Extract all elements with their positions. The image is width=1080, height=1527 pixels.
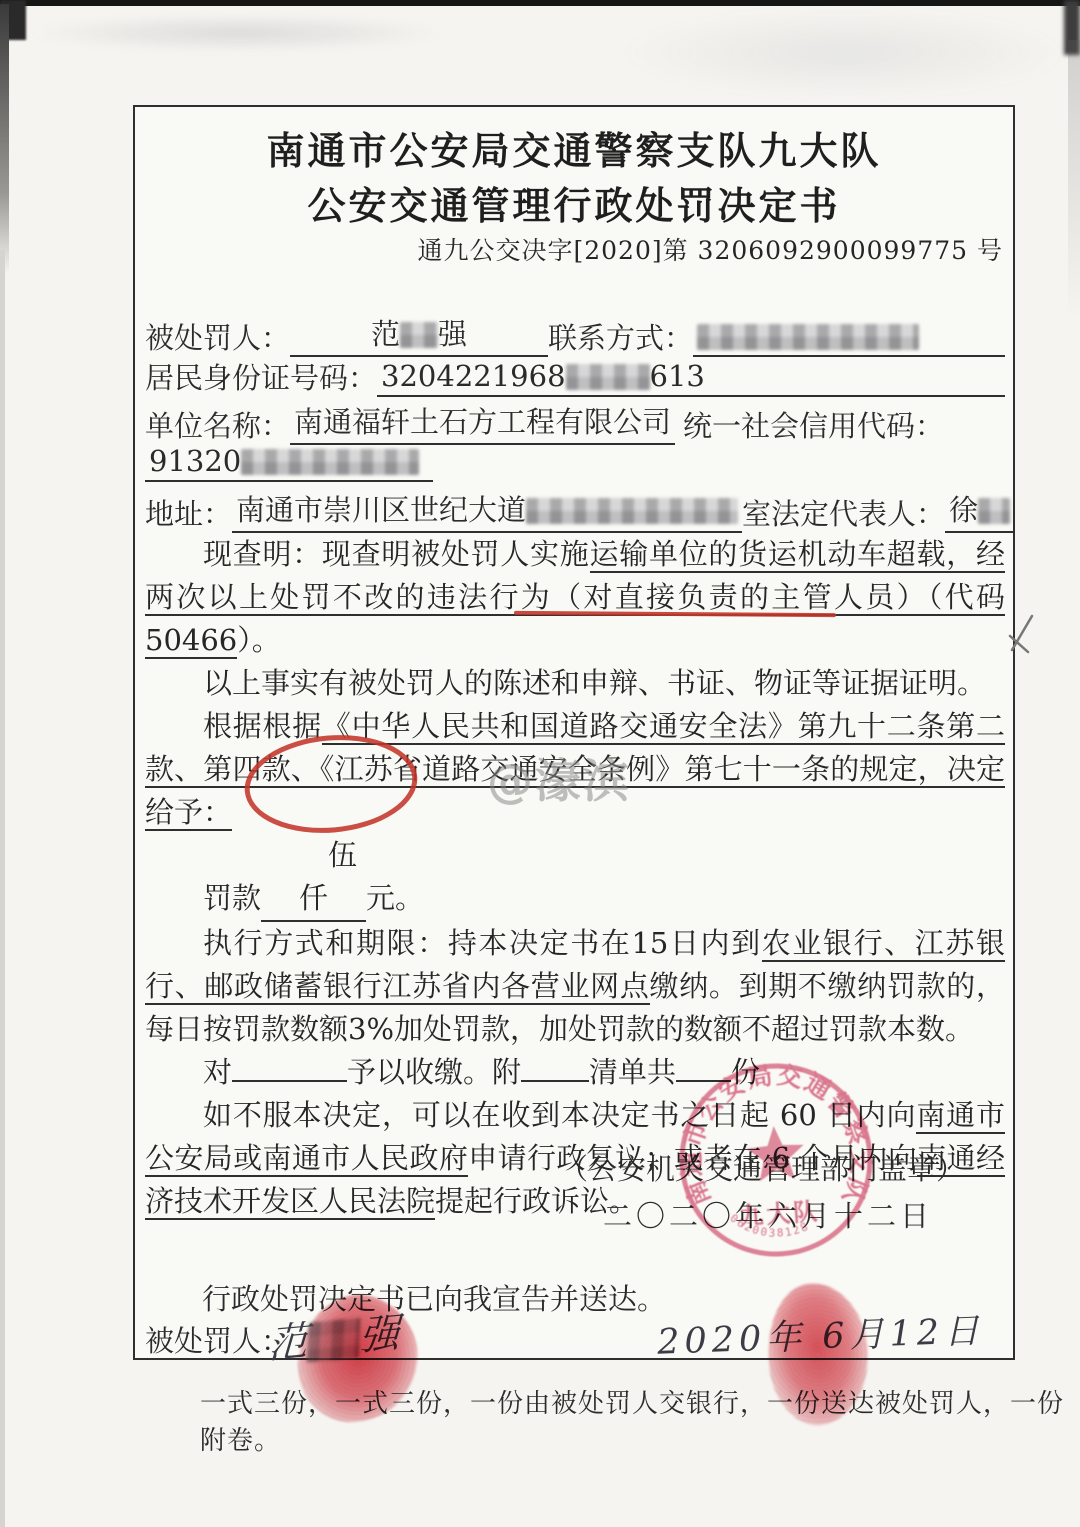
id-number-label: 居民身份证号码：	[145, 356, 377, 397]
confiscation-blank-1	[232, 1080, 347, 1082]
contact-value	[693, 319, 1005, 357]
paragraph-confiscation: 对予以收缴。附清单共份	[145, 1051, 1005, 1094]
scan-smudge	[620, 8, 1070, 98]
facts-lead: 现查明：现查明被处罚人实施	[203, 537, 590, 571]
scanned-penalty-decision-page: 南通市公安局交通警察支队九大队 公安交通管理行政处罚决定书 通九公交决字[202…	[0, 0, 1080, 1527]
confiscation-mid-2: 清单共	[589, 1055, 676, 1089]
address-label: 地址：	[145, 492, 232, 533]
execution-lead: 执行方式和期限：持本决定书在15日内到	[203, 926, 762, 960]
penalty-label: 罚款	[203, 881, 261, 915]
paragraph-execution: 执行方式和期限：持本决定书在15日内到农业银行、江苏银行、邮政储蓄银行江苏省内各…	[145, 922, 1005, 1051]
name-suffix: 强	[438, 317, 467, 351]
document-title: 公安交通管理行政处罚决定书	[135, 175, 1013, 230]
name-prefix: 范	[371, 317, 400, 351]
scan-edge-top	[0, 0, 1080, 6]
id-prefix: 3204221968	[381, 359, 566, 393]
seal-star-icon	[745, 1124, 806, 1182]
address-value: 南通市崇川区世纪大道	[232, 488, 742, 533]
punished-person-value: 范强	[290, 312, 548, 357]
legal-rep-prefix: 徐	[949, 493, 978, 527]
redacted-id-part	[566, 364, 650, 390]
scan-edge-left-dark	[0, 4, 9, 274]
decision-body: 现查明：现查明被处罚人实施运输单位的货运机动车超载，经两次以上处罚不改的违法行为…	[145, 533, 1005, 1223]
confiscation-mid: 予以收缴。附	[347, 1055, 521, 1089]
issuing-authority-title: 南通市公安局交通警察支队九大队	[135, 120, 1013, 175]
credit-code-label: 统一社会信用代码：	[683, 404, 944, 445]
row-company: 单位名称： 南通福轩土石方工程有限公司 统一社会信用代码：	[145, 400, 1005, 445]
row-credit-code: 91320	[145, 444, 1005, 482]
row-id-number: 居民身份证号码： 3204221968613	[145, 356, 1005, 397]
redacted-legal-rep	[978, 498, 1010, 524]
penalty-unit: 元。	[366, 881, 424, 915]
redacted-name-part	[400, 322, 438, 348]
redacted-address-part	[526, 498, 738, 524]
paragraph-penalty: 罚款伍仟元。	[145, 834, 1005, 922]
watermark: @濠滨	[487, 745, 631, 811]
confiscation-blank-2	[521, 1080, 589, 1082]
legal-rep-label: 室法定代表人：	[742, 492, 945, 533]
confiscation-lead: 对	[203, 1055, 232, 1089]
paragraph-evidence: 以上事实有被处罚人的陈述和申辩、书证、物证等证据证明。	[145, 662, 1005, 705]
scan-smudge	[28, 14, 448, 52]
facts-tail: ）。	[237, 623, 281, 657]
redacted-credit-code	[241, 449, 419, 475]
penalty-amount: 伍仟	[261, 834, 366, 922]
document-number: 通九公交决字[2020]第 3206092900099775 号	[417, 231, 1003, 267]
contact-label: 联系方式：	[548, 316, 693, 357]
credit-prefix: 91320	[149, 444, 241, 478]
row-address: 地址： 南通市崇川区世纪大道 室法定代表人： 徐	[145, 488, 1005, 533]
legal-rep-value: 徐	[945, 488, 1014, 533]
row-punished-person: 被处罚人： 范强 联系方式：	[145, 312, 1005, 357]
id-suffix: 613	[650, 359, 705, 393]
pen-mark	[1000, 612, 1042, 660]
scan-edge-left-line	[0, 250, 5, 1527]
id-number-value: 3204221968613	[377, 359, 1005, 397]
punished-person-label: 被处罚人：	[145, 316, 290, 357]
red-circle-annotation	[243, 733, 419, 835]
company-label: 单位名称：	[145, 404, 290, 445]
credit-code-value: 91320	[145, 444, 433, 482]
address-text: 南通市崇川区世纪大道	[236, 493, 526, 527]
official-seal: 南通市公安局交通警察支队 九大队 0620038128	[669, 1053, 882, 1266]
paragraph-facts: 现查明：现查明被处罚人实施运输单位的货运机动车超载，经两次以上处罚不改的违法行为…	[145, 533, 1005, 662]
scan-edge-right-strip	[1068, 40, 1080, 320]
company-name-value: 南通福轩土石方工程有限公司	[290, 400, 675, 445]
redacted-phone	[697, 324, 919, 350]
